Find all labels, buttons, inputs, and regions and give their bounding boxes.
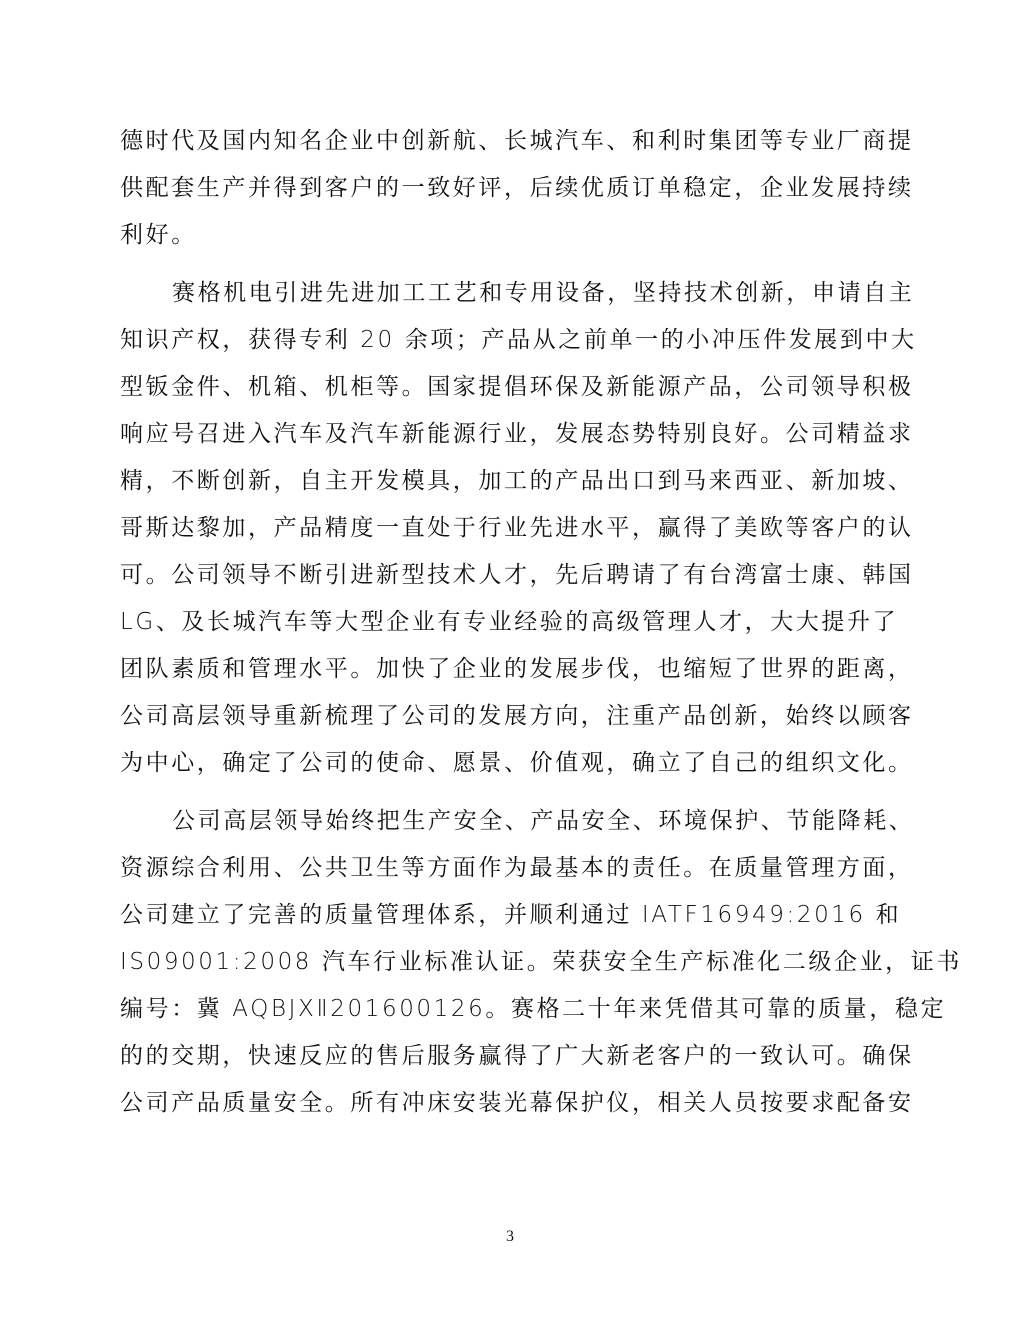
text-line: 可。公司领导不断引进新型技术人才，先后聘请了有台湾富士康、韩国: [120, 552, 900, 599]
text-line: 型钣金件、机箱、机柜等。国家提倡环保及新能源产品，公司领导积极: [120, 364, 900, 411]
text-line: 赛格机电引进先进加工工艺和专用设备，坚持技术创新，申请自主: [120, 270, 900, 317]
text-line: 公司高层领导始终把生产安全、产品安全、环境保护、节能降耗、: [120, 798, 900, 845]
text-line: LG、及长城汽车等大型企业有专业经验的高级管理人才，大大提升了: [120, 599, 900, 646]
paragraph-3: 公司高层领导始终把生产安全、产品安全、环境保护、节能降耗、 资源综合利用、公共卫…: [120, 798, 900, 1127]
text-line: 公司建立了完善的质量管理体系，并顺利通过 IATF16949:2016 和: [120, 892, 900, 939]
text-line: 利好。: [120, 212, 900, 259]
text-line: 公司高层领导重新梳理了公司的发展方向，注重产品创新，始终以顾客: [120, 693, 900, 740]
text-line: 德时代及国内知名企业中创新航、长城汽车、和利时集团等专业厂商提: [120, 118, 900, 165]
document-body: 德时代及国内知名企业中创新航、长城汽车、和利时集团等专业厂商提 供配套生产并得到…: [120, 118, 900, 1138]
text-line: 为中心，确定了公司的使命、愿景、价值观，确立了自己的组织文化。: [120, 740, 900, 787]
paragraph-2: 赛格机电引进先进加工工艺和专用设备，坚持技术创新，申请自主 知识产权，获得专利 …: [120, 270, 900, 787]
text-line: 精，不断创新，自主开发模具，加工的产品出口到马来西亚、新加坡、: [120, 458, 900, 505]
text-line: 编号：冀 AQBJXⅡ201600126。赛格二十年来凭借其可靠的质量，稳定: [120, 986, 900, 1033]
text-line: 供配套生产并得到客户的一致好评，后续优质订单稳定，企业发展持续: [120, 165, 900, 212]
text-line: 的的交期，快速反应的售后服务赢得了广大新老客户的一致认可。确保: [120, 1033, 900, 1080]
text-line: 哥斯达黎加，产品精度一直处于行业先进水平，赢得了美欧等客户的认: [120, 505, 900, 552]
paragraph-1: 德时代及国内知名企业中创新航、长城汽车、和利时集团等专业厂商提 供配套生产并得到…: [120, 118, 900, 259]
text-line: 知识产权，获得专利 20 余项；产品从之前单一的小冲压件发展到中大: [120, 317, 900, 364]
text-line: 公司产品质量安全。所有冲床安装光幕保护仪，相关人员按要求配备安: [120, 1080, 900, 1127]
document-page: 德时代及国内知名企业中创新航、长城汽车、和利时集团等专业厂商提 供配套生产并得到…: [0, 0, 1020, 1320]
page-number: 3: [0, 1228, 1020, 1246]
text-line: 响应号召进入汽车及汽车新能源行业，发展态势特别良好。公司精益求: [120, 411, 900, 458]
text-line: 团队素质和管理水平。加快了企业的发展步伐，也缩短了世界的距离，: [120, 646, 900, 693]
text-line: 资源综合利用、公共卫生等方面作为最基本的责任。在质量管理方面，: [120, 845, 900, 892]
text-line: IS09001:2008 汽车行业标准认证。荣获安全生产标准化二级企业，证书: [120, 939, 900, 986]
